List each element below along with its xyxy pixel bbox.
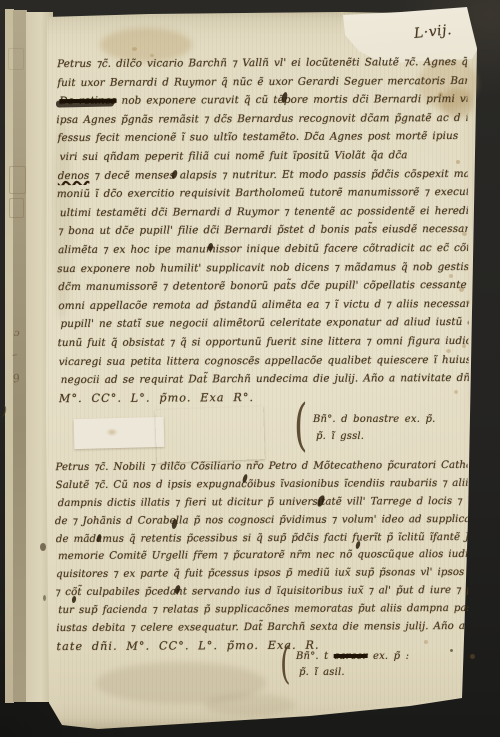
text-line: pupill' ne statĩ sue negocii alimẽtorũ c… xyxy=(60,313,468,334)
signature-line: Bñ°. d bonastre ex. p̃. xyxy=(313,414,435,425)
text-line: Salutẽ ⁊c̃. Cũ nos d ipsis expugnacõibus… xyxy=(56,475,468,495)
patch-stain-spot xyxy=(106,428,118,436)
text-line: dampnis dictis illatis ⁊ fieri ut dicitu… xyxy=(58,493,468,513)
ink-smear xyxy=(56,99,114,107)
text-line: sua exponere nob humilit' supplicavit no… xyxy=(57,257,468,278)
entry-2-text-block: Petrus ⁊c̃. Nobili ⁊ dilc̃o Cõsiliario n… xyxy=(55,457,468,656)
signature-bracket: ( xyxy=(280,642,291,686)
text-line: Petrus ⁊c̃. dilc̃o vicario Barchñ ⁊ Vall… xyxy=(57,53,467,74)
text-line: vicaregi sua petita littera cognoscẽs ap… xyxy=(59,350,469,371)
text-line: quisitores ⁊ ex parte q̃ fuit p̃cessus i… xyxy=(56,564,468,584)
text-line: alimẽta ⁊ ex hoc ipe manumissor inique d… xyxy=(58,239,468,260)
signature-text: ex. p̃ : xyxy=(368,651,410,662)
text-line: ipsa Agnes p̃gnãs remãsit ⁊ dc̃s Bernard… xyxy=(56,109,467,130)
text-line: omni appellacõe remota ad p̃standũ alimẽ… xyxy=(58,295,468,316)
chancery-signature-1: ( Bñ°. d bonastre ex. p̃. p̃. ĩ gssl. xyxy=(294,402,444,454)
gutter-mark xyxy=(43,595,46,601)
margin-fragment-box xyxy=(9,198,24,218)
gutter-mark xyxy=(40,543,46,551)
text-line: fessus fecit mencionẽ ĩ suo ultĩo testam… xyxy=(57,127,467,148)
entry-1-text-block: Petrus ⁊c̃. dilc̃o vicario Barchñ ⁊ Vall… xyxy=(57,53,469,408)
signature-text: Bñ°. t xyxy=(296,651,334,662)
repair-patch-mid-center xyxy=(155,406,265,463)
foxing-spot xyxy=(470,654,475,659)
signature-bracket: ( xyxy=(294,398,308,454)
text-line: denos ⁊ decẽ menses alapsis ⁊ nutritur. … xyxy=(58,164,468,185)
struck-word: carcer xyxy=(334,651,368,662)
text-line: dc̃m manumissorẽ ⁊ detentorẽ bonorũ pat̃… xyxy=(58,276,468,297)
signature-line: p̃. ĩ asil. xyxy=(299,667,345,678)
text-line: viri sui qñdam peperit filiã cui nomẽ fu… xyxy=(60,146,468,167)
text-line: tur sup̃ facienda ⁊ relatas p̃ supplicac… xyxy=(58,600,468,620)
repair-patch-mid-left xyxy=(74,417,165,449)
underlined-word: denos xyxy=(58,169,90,181)
margin-ink-fragment: ) xyxy=(2,404,7,419)
text-line: moniũ ĩ dc̃o exercitio requisivit Bartho… xyxy=(57,183,468,204)
signature-line: p̃. ĩ gssl. xyxy=(316,431,364,442)
margin-fragment-box xyxy=(9,166,26,194)
chancery-signature-2: ( Bñ°. t carcer ex. p̃ : p̃. ĩ asil. xyxy=(280,644,440,688)
text-line: ultimi testamẽti dc̃i Bernardi d Ruymor … xyxy=(60,202,468,223)
text-line-rest: ⁊ decẽ menses alapsis ⁊ nutritur. Et mod… xyxy=(94,167,467,181)
margin-ink-fragment: – xyxy=(11,348,18,362)
text-line: fuit uxor Bernardi d Ruymor q̃ nũc ẽ uxo… xyxy=(57,72,467,93)
text-line: ⁊ cõt̃ culpabiles p̃cedant servando ius … xyxy=(55,582,468,602)
margin-ink-fragment: ɔ xyxy=(13,328,20,340)
text-line: de mãdamus q̃ retentis p̃cessibus si q̃ … xyxy=(56,528,468,548)
text-line: memorie Comitẽ Urgelli fr̃em ⁊ p̃curator… xyxy=(58,546,468,566)
text-line: de ⁊ Johãnis d Corabella p̃ nos cognosci… xyxy=(55,511,468,531)
text-line: De retines nob exponere curavit q̃ cũ tẽ… xyxy=(59,90,467,111)
text-line: tunũ fuit q̃ obsistat ⁊ q̃ si opportunũ … xyxy=(58,332,469,353)
text-line: ⁊ bona ut dc̃e pupill' filie dc̃i Bernar… xyxy=(58,220,468,241)
manuscript-photo: ɔ – 9 ) L·vij. Petrus ⁊c̃. dilc̃o vicari… xyxy=(0,0,500,737)
signature-line: Bñ°. t carcer ex. p̃ : xyxy=(296,651,409,662)
text-line: negocii ad se requirat Dat̃ Barchñ undec… xyxy=(61,369,469,390)
text-line: iustas debita ⁊ celere exsequatur. Dat̃ … xyxy=(56,618,468,638)
text-line: Petrus ⁊c̃. Nobili ⁊ dilc̃o Cõsiliario n… xyxy=(55,457,467,477)
text-line-rest: nob exponere curavit q̃ cũ tẽpore mortis… xyxy=(121,93,467,107)
margin-fragment-box xyxy=(8,48,24,70)
